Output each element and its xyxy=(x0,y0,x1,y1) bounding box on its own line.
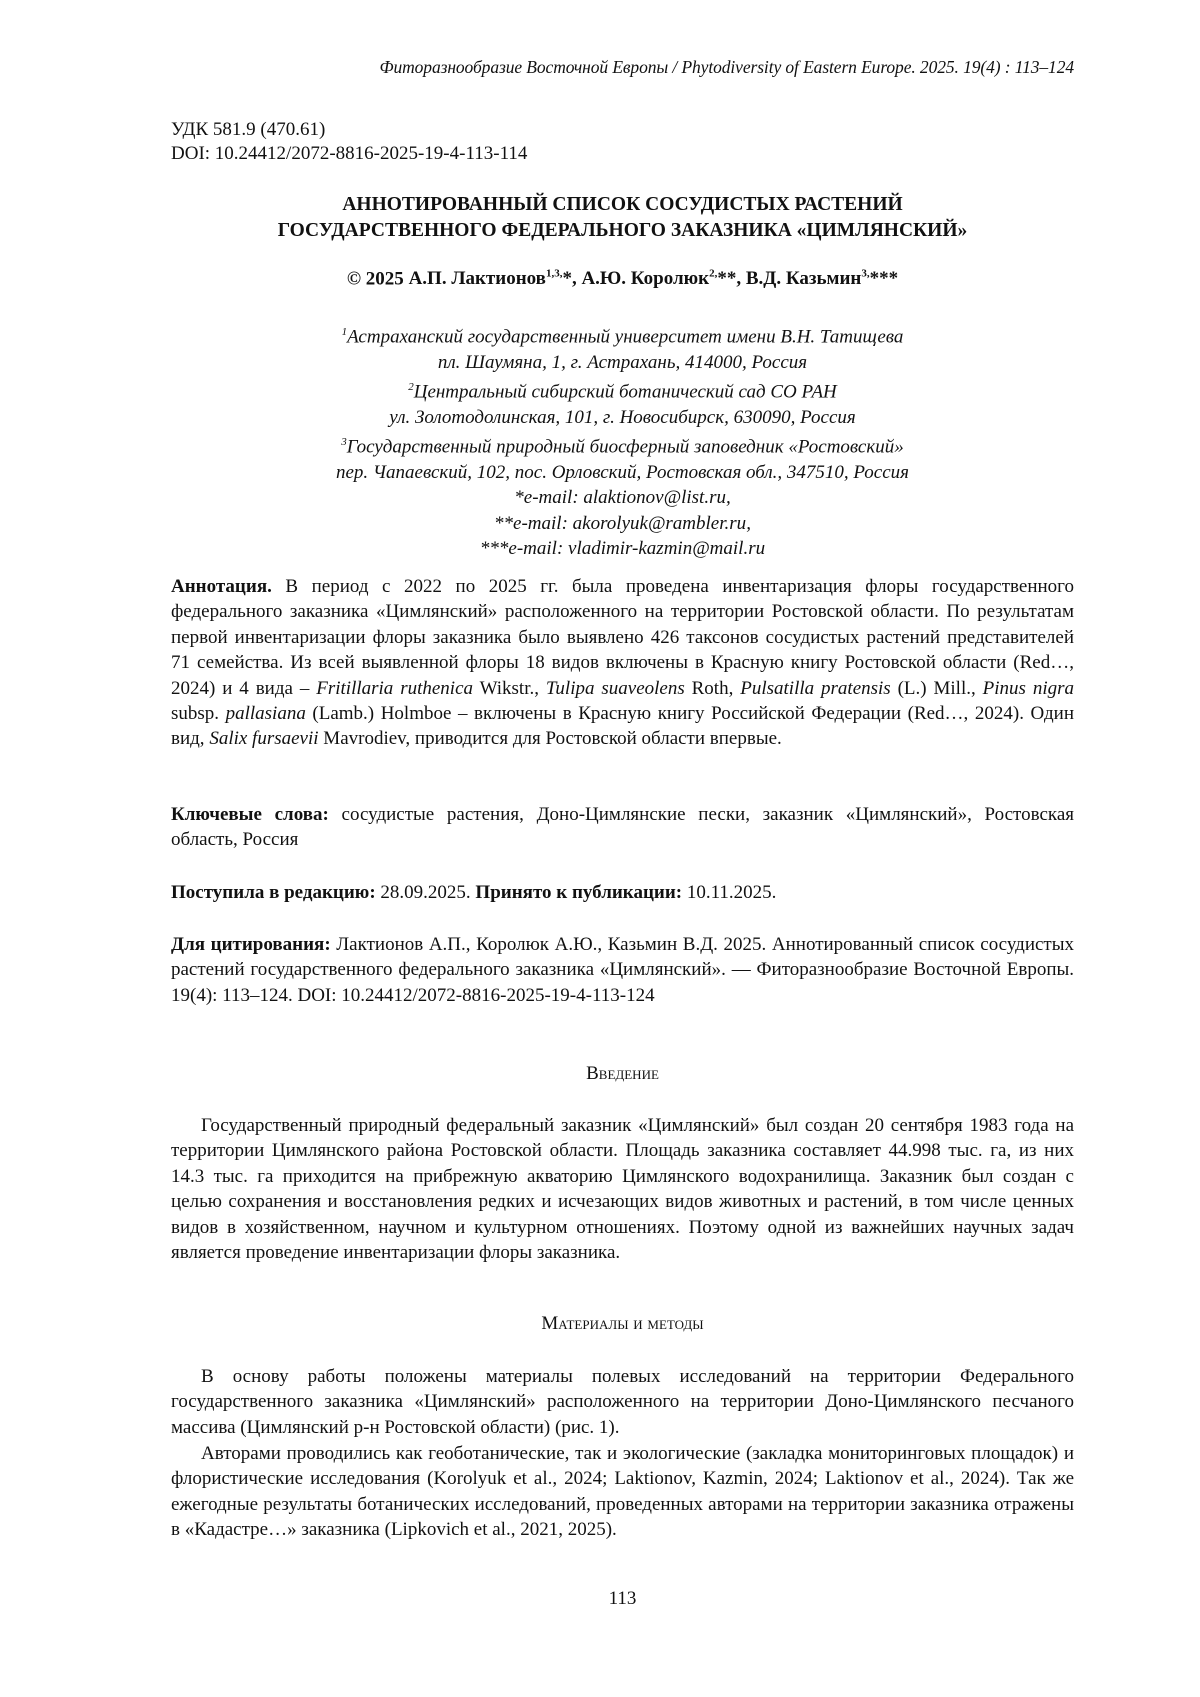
doi[interactable]: DOI: 10.24412/2072-8816-2025-19-4-113-11… xyxy=(171,142,527,166)
affiliation-address: пл. Шаумяна, 1, г. Астрахань, 414000, Ро… xyxy=(171,350,1074,375)
email-line: ***e-mail: vladimir-kazmin@mail.ru xyxy=(171,536,1074,561)
keywords: Ключевые слова: сосудистые растения, Дон… xyxy=(171,802,1074,853)
publication-dates: Поступила в редакцию: 28.09.2025. Принят… xyxy=(171,880,1074,905)
section-heading-methods: Материалы и методы xyxy=(171,1313,1074,1335)
author: А.П. Лактионов1,3,*, xyxy=(409,268,577,289)
species-name: Fritillaria ruthenica xyxy=(316,678,473,699)
affiliation-name: 2Центральный сибирский ботанический сад … xyxy=(171,375,1074,405)
affiliation-address: ул. Золотодолинская, 101, г. Новосибирск… xyxy=(171,405,1074,430)
accepted-date: 10.11.2025. xyxy=(682,882,776,903)
species-name: Pulsatilla pratensis xyxy=(740,678,890,699)
copyright-year: © 2025 xyxy=(347,268,404,289)
introduction-paragraph: Государственный природный федеральный за… xyxy=(171,1113,1074,1265)
author-list: © 2025 А.П. Лактионов1,3,*, А.Ю. Королюк… xyxy=(171,268,1074,290)
affiliations: 1Астраханский государственный университе… xyxy=(171,320,1074,562)
udk-code: УДК 581.9 (470.61) xyxy=(171,118,527,142)
affiliation-name: 3Государственный природный биосферный за… xyxy=(171,430,1074,460)
email-link[interactable]: akorolyuk@rambler.ru xyxy=(573,513,747,534)
article-meta: УДК 581.9 (470.61) DOI: 10.24412/2072-88… xyxy=(171,118,527,166)
species-name: pallasiana xyxy=(226,703,306,724)
species-name: Salix fursaevii xyxy=(209,728,318,749)
page-number: 113 xyxy=(171,1588,1074,1610)
species-name: Pinus nigra xyxy=(983,678,1074,699)
email-line: *e-mail: alaktionov@list.ru, xyxy=(171,485,1074,510)
title-line-1: АННОТИРОВАННЫЙ СПИСОК СОСУДИСТЫХ РАСТЕНИ… xyxy=(171,192,1074,218)
email-line: **e-mail: akorolyuk@rambler.ru, xyxy=(171,511,1074,536)
author: А.Ю. Королюк2,**, xyxy=(581,268,741,289)
affiliation-name: 1Астраханский государственный университе… xyxy=(171,320,1074,350)
email-link[interactable]: alaktionov@list.ru xyxy=(583,487,726,508)
running-head: Фиторазнообразие Восточной Европы / Phyt… xyxy=(171,57,1074,78)
methods-paragraph: В основу работы положены материалы полев… xyxy=(171,1364,1074,1440)
citation: Для цитирования: Лактионов А.П., Королюк… xyxy=(171,932,1074,1008)
keywords-label: Ключевые слова: xyxy=(171,804,329,825)
email-link[interactable]: vladimir-kazmin@mail.ru xyxy=(568,538,765,559)
citation-label: Для цитирования: xyxy=(171,934,331,955)
abstract-label: Аннотация. xyxy=(171,576,272,597)
abstract: Аннотация. В период с 2022 по 2025 гг. б… xyxy=(171,574,1074,752)
article-title: АННОТИРОВАННЫЙ СПИСОК СОСУДИСТЫХ РАСТЕНИ… xyxy=(171,192,1074,244)
affiliation-address: пер. Чапаевский, 102, пос. Орловский, Ро… xyxy=(171,460,1074,485)
author: В.Д. Казьмин3,*** xyxy=(746,268,898,289)
species-name: Tulipa suaveolens xyxy=(546,678,685,699)
methods-paragraph: Авторами проводились как геоботанические… xyxy=(171,1441,1074,1543)
section-heading-introduction: Введение xyxy=(171,1063,1074,1085)
title-line-2: ГОСУДАРСТВЕННОГО ФЕДЕРАЛЬНОГО ЗАКАЗНИКА … xyxy=(171,218,1074,244)
received-date: 28.09.2025. xyxy=(376,882,476,903)
